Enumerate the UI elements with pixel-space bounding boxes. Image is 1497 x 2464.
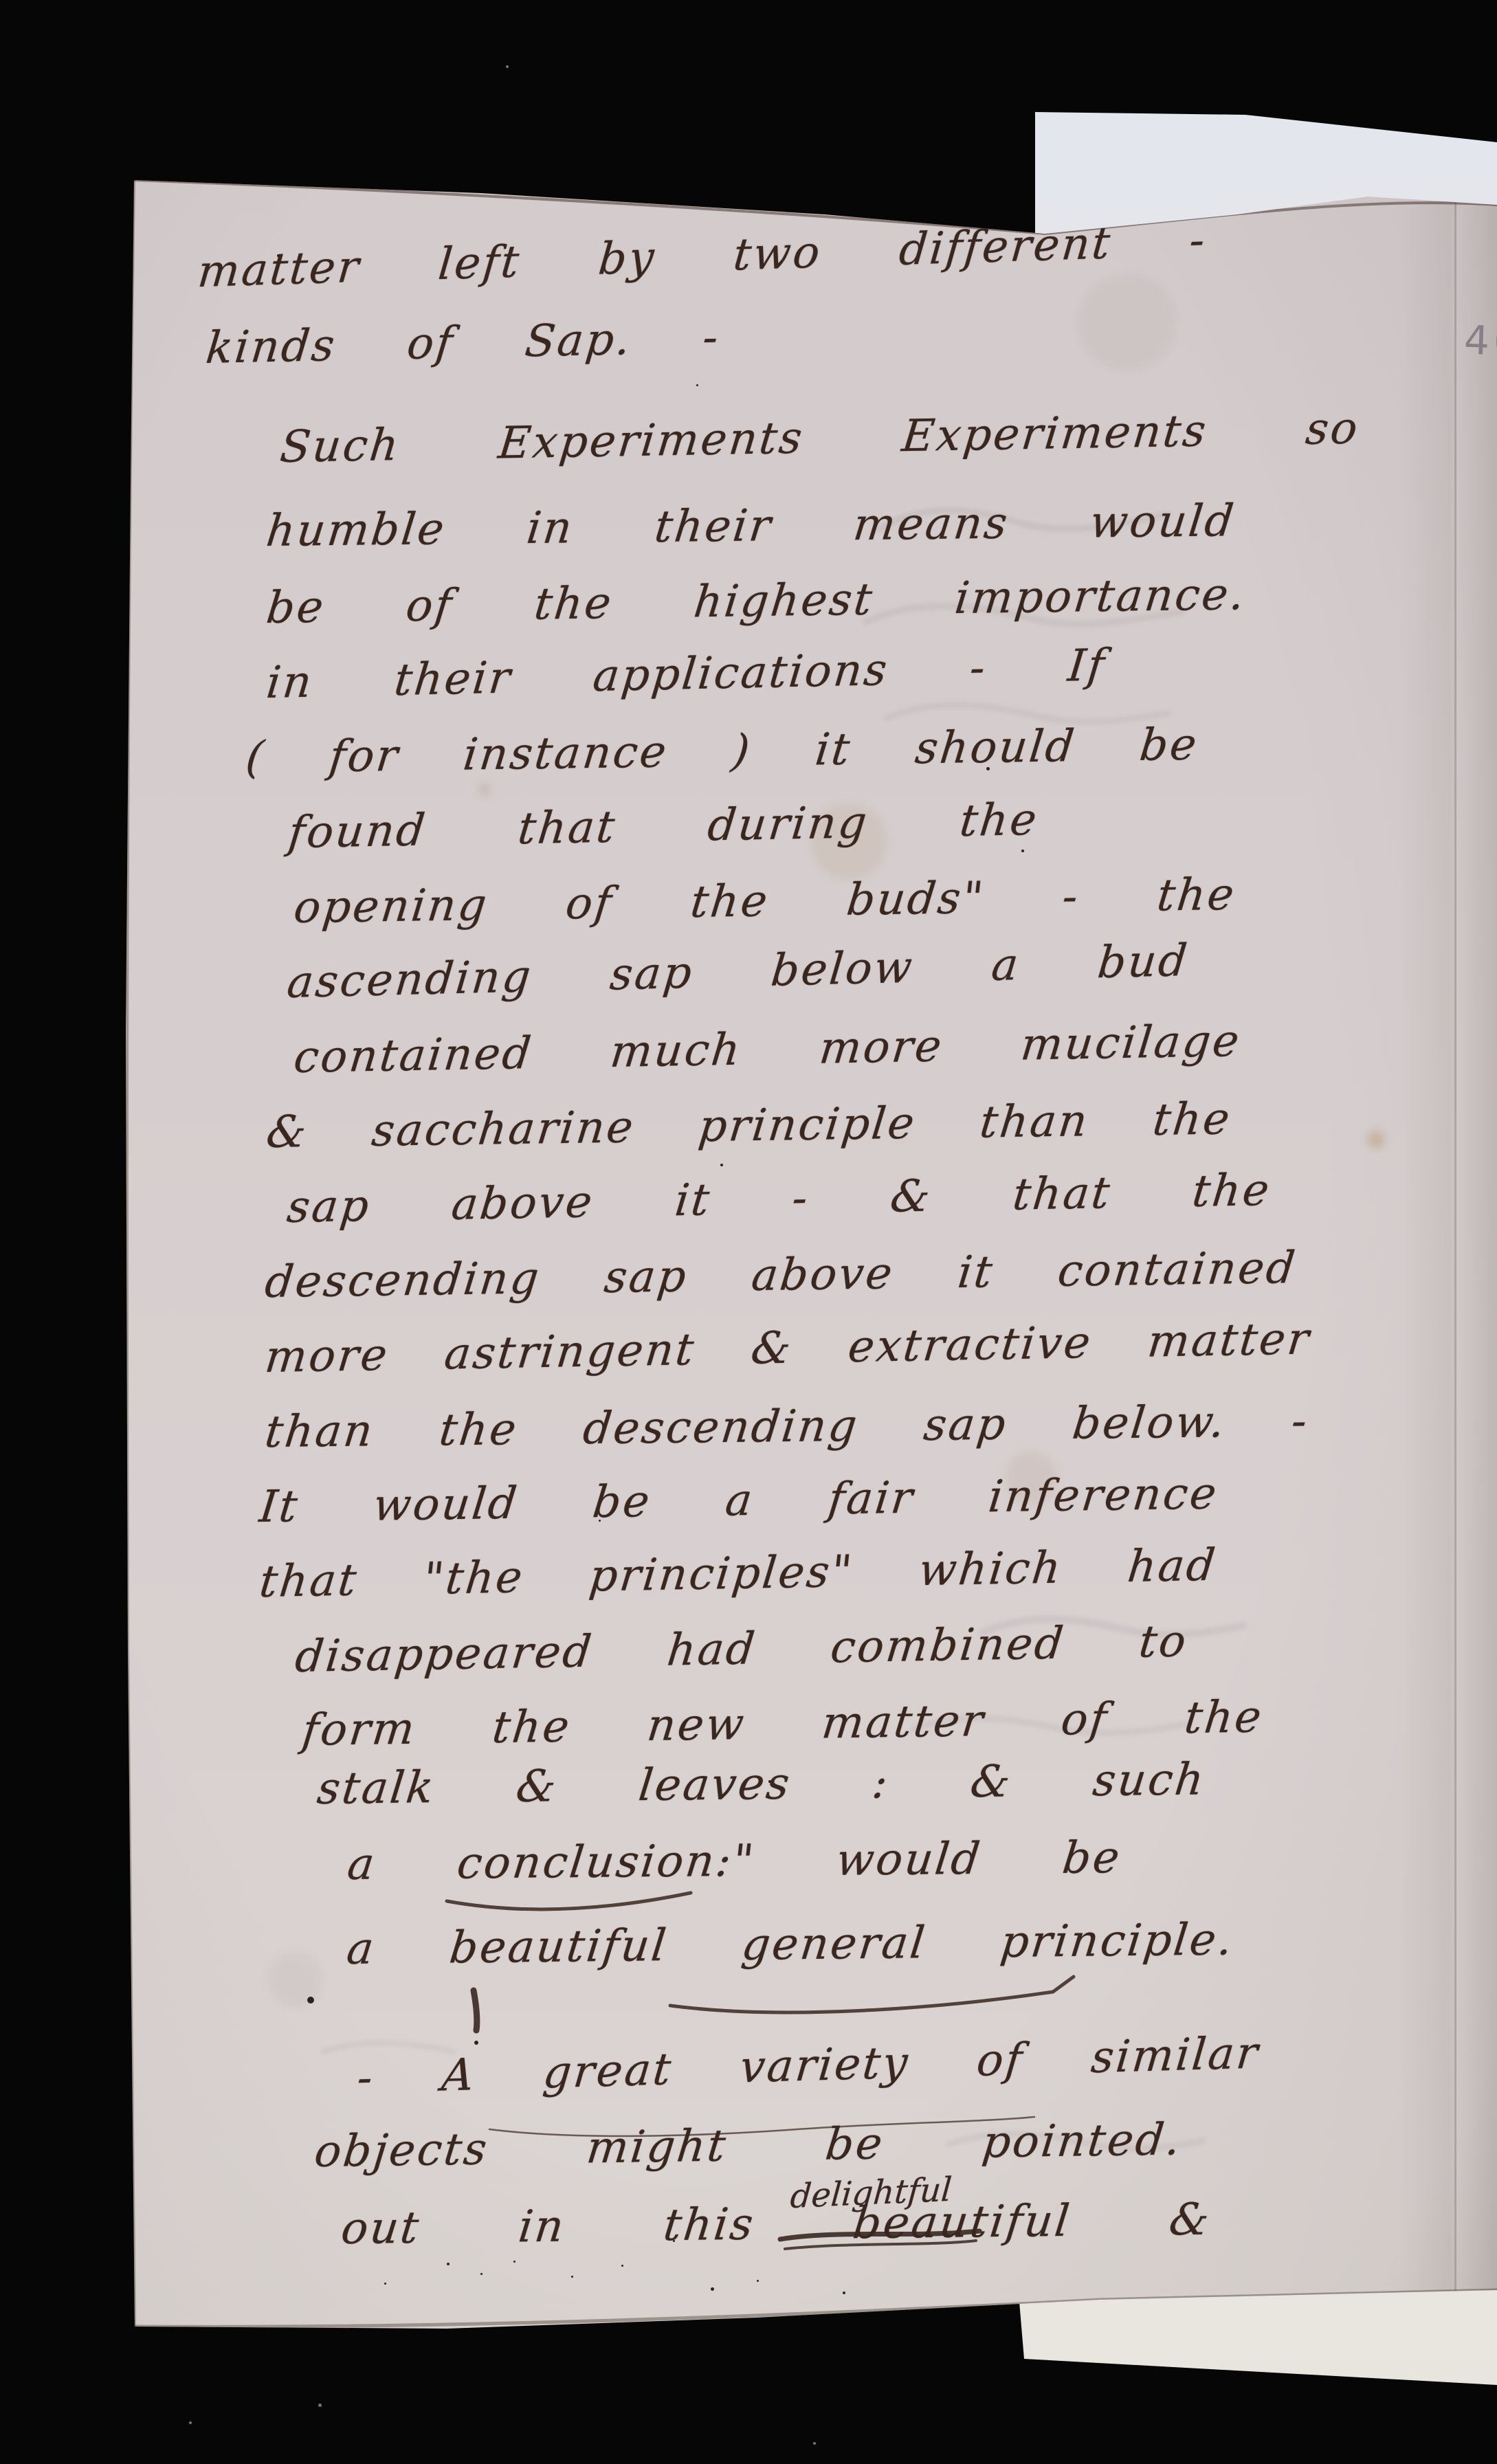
- manuscript-page: matter left by two different -kinds of S…: [0, 0, 1497, 2464]
- ink-speck: [621, 2265, 623, 2267]
- ink-speck: [447, 2263, 450, 2265]
- ink-speck: [757, 2280, 759, 2282]
- ink-speck: [480, 2273, 483, 2275]
- dust-speck: [318, 2404, 322, 2407]
- ink-speck: [1021, 850, 1024, 852]
- scanned-photo: matter left by two different -kinds of S…: [0, 0, 1497, 2464]
- page-fold-crease: [1454, 199, 1456, 2293]
- ink-speck: [277, 254, 280, 257]
- ink-speck: [474, 2041, 478, 2045]
- ink-speck: [384, 2283, 386, 2285]
- ink-speck: [673, 2240, 675, 2242]
- ink-speck: [696, 384, 698, 386]
- folio-number: 46: [1463, 317, 1497, 366]
- ink-speck: [711, 2287, 714, 2291]
- dust-speck: [189, 2421, 192, 2424]
- ink-speck: [720, 1164, 723, 1166]
- dust-speck: [506, 65, 509, 68]
- ink-marks-layer: [0, 0, 1497, 2464]
- ink-speck: [71, 471, 74, 475]
- ink-speck: [768, 1780, 771, 1783]
- ink-speck: [986, 767, 990, 770]
- ink-speck: [571, 2276, 573, 2278]
- ink-speck: [513, 2261, 515, 2263]
- ink-speck: [599, 1520, 601, 1522]
- dust-speck: [813, 2442, 816, 2445]
- ink-speck: [843, 2291, 845, 2294]
- page-fold-shading: [1399, 192, 1497, 2297]
- ink-speck: [307, 1997, 314, 2004]
